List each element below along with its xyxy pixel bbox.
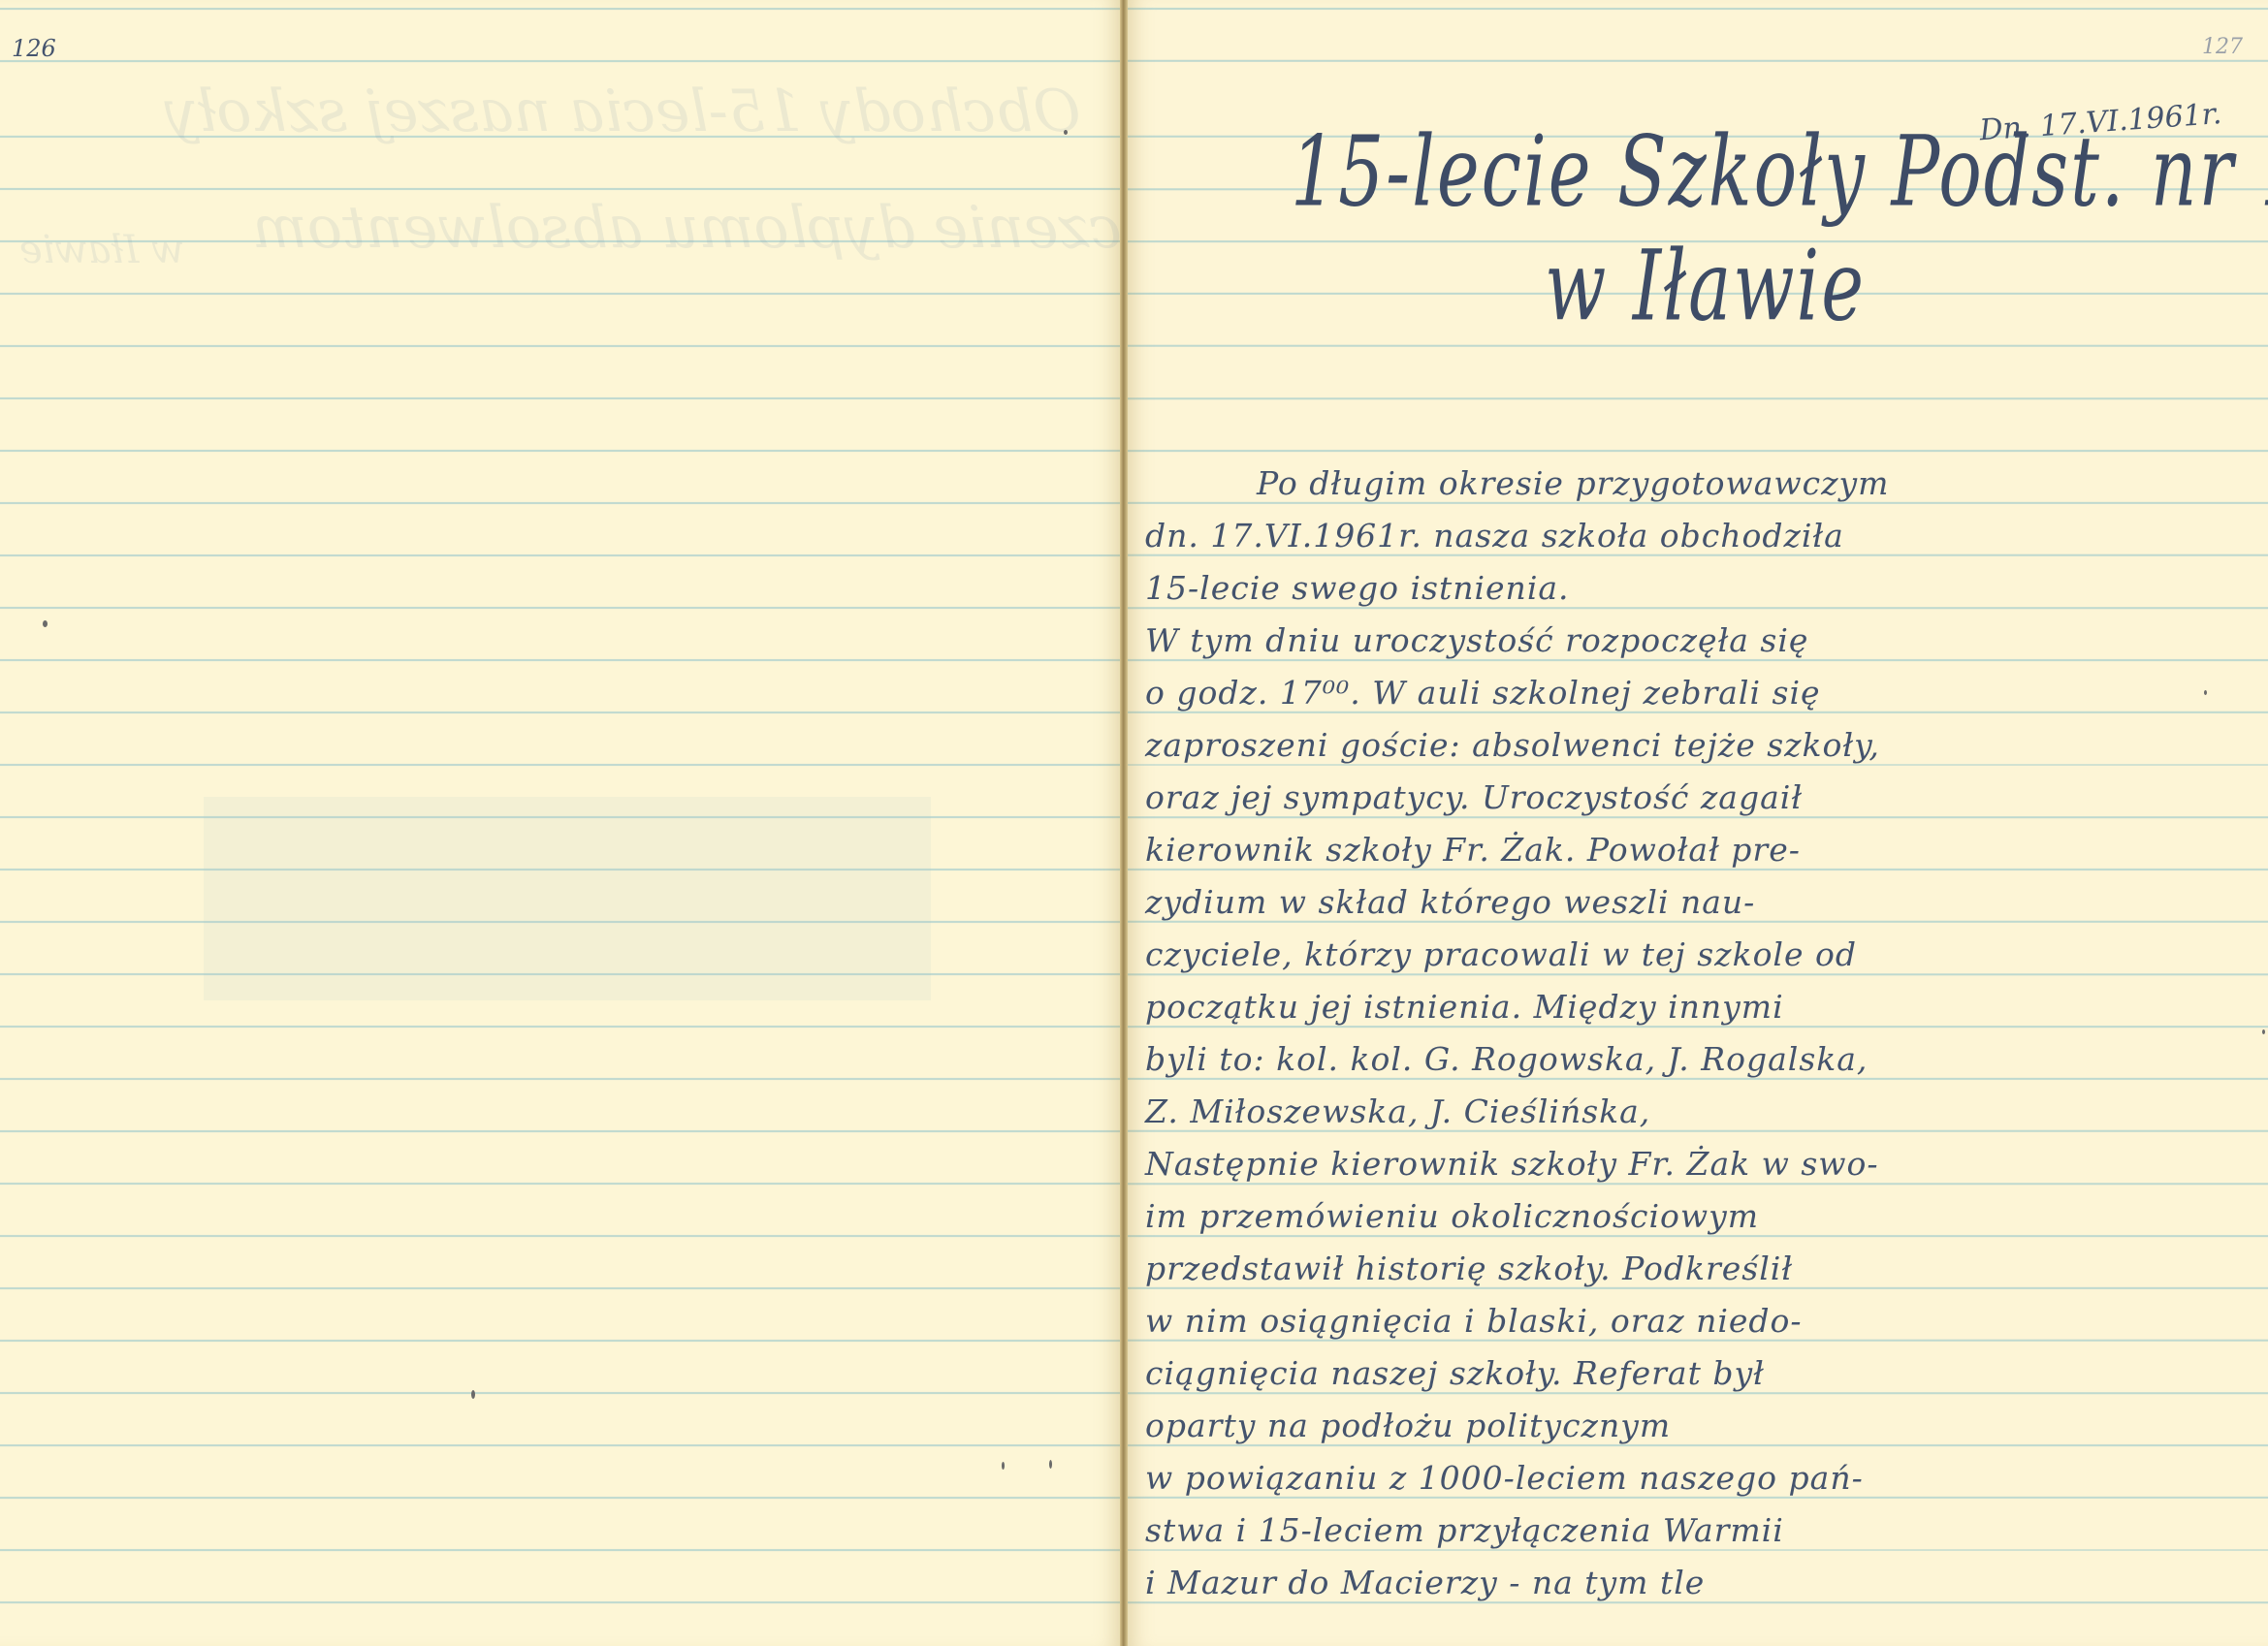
body-line: stwa i 15-leciem przyłączenia Warmii (1145, 1504, 2241, 1557)
left-page: 126 Obchody 15-lecia naszej szkoły wręcz… (0, 0, 1120, 1646)
ink-speck (2204, 690, 2207, 695)
ink-speck (43, 620, 48, 627)
entry-body: Po długim okresie przygotowawczym dn. 17… (1145, 458, 2241, 1609)
body-line: byli to: kol. kol. G. Rogowska, J. Rogal… (1145, 1033, 2241, 1086)
ink-speck (471, 1390, 475, 1399)
body-line: przedstawił historię szkoły. Podkreślił (1145, 1243, 2241, 1295)
ink-speck (1049, 1460, 1052, 1469)
body-line: dn. 17.VI.1961r. nasza szkoła obchodziła (1145, 510, 2241, 562)
body-line: Następnie kierownik szkoły Fr. Żak w swo… (1145, 1138, 2241, 1190)
ink-speck (1064, 130, 1068, 135)
bleed-through-text: w Iławie (19, 228, 184, 272)
bleed-through-text: wręczenie dyplomu absolwentom (252, 194, 1120, 262)
body-line: zydium w skład którego weszli nau- (1145, 876, 2241, 929)
body-line: im przemówieniu okolicznościowym (1145, 1190, 2241, 1243)
photo-bleed-through (204, 797, 931, 1000)
ink-speck (2262, 1029, 2265, 1034)
body-line: czyciele, którzy pracowali w tej szkole … (1145, 929, 2241, 981)
body-line: kierownik szkoły Fr. Żak. Powołał pre- (1145, 824, 2241, 876)
right-page-number: 127 (2202, 35, 2243, 59)
notebook-spine (1120, 0, 1128, 1646)
body-line: ciągnięcia naszej szkoły. Referat był (1145, 1347, 2241, 1400)
ink-speck (1002, 1462, 1005, 1470)
body-line: W tym dniu uroczystość rozpoczęła się (1145, 615, 2241, 667)
entry-title-line-1: 15-lecie Szkoły Podst. nr 1 (1291, 116, 2268, 229)
body-line: w powiązaniu z 1000-leciem naszego pań- (1145, 1452, 2241, 1504)
notebook-spread: 126 Obchody 15-lecia naszej szkoły wręcz… (0, 0, 2268, 1646)
entry-title-line-2: w Iławie (1545, 231, 1866, 343)
right-page: 127 Dn. 17.VI.1961r. 15-lecie Szkoły Pod… (1128, 0, 2268, 1646)
bleed-through-text: Obchody 15-lecia naszej szkoły (165, 78, 1081, 145)
body-line: Po długim okresie przygotowawczym (1145, 458, 2241, 510)
body-line: 15-lecie swego istnienia. (1145, 562, 2241, 615)
body-line: oparty na podłożu politycznym (1145, 1400, 2241, 1452)
left-page-number: 126 (12, 35, 56, 62)
body-line: początku jej istnienia. Między innymi (1145, 981, 2241, 1033)
body-line: zaproszeni goście: absolwenci tejże szko… (1145, 719, 2241, 772)
body-line: o godz. 17⁰⁰. W auli szkolnej zebrali si… (1145, 667, 2241, 719)
body-line: w nim osiągnięcia i blaski, oraz niedo- (1145, 1295, 2241, 1347)
body-line: oraz jej sympatycy. Uroczystość zagaił (1145, 772, 2241, 824)
body-line: Z. Miłoszewska, J. Cieślińska, (1145, 1086, 2241, 1138)
body-line: i Mazur do Macierzy - na tym tle (1145, 1557, 2241, 1609)
